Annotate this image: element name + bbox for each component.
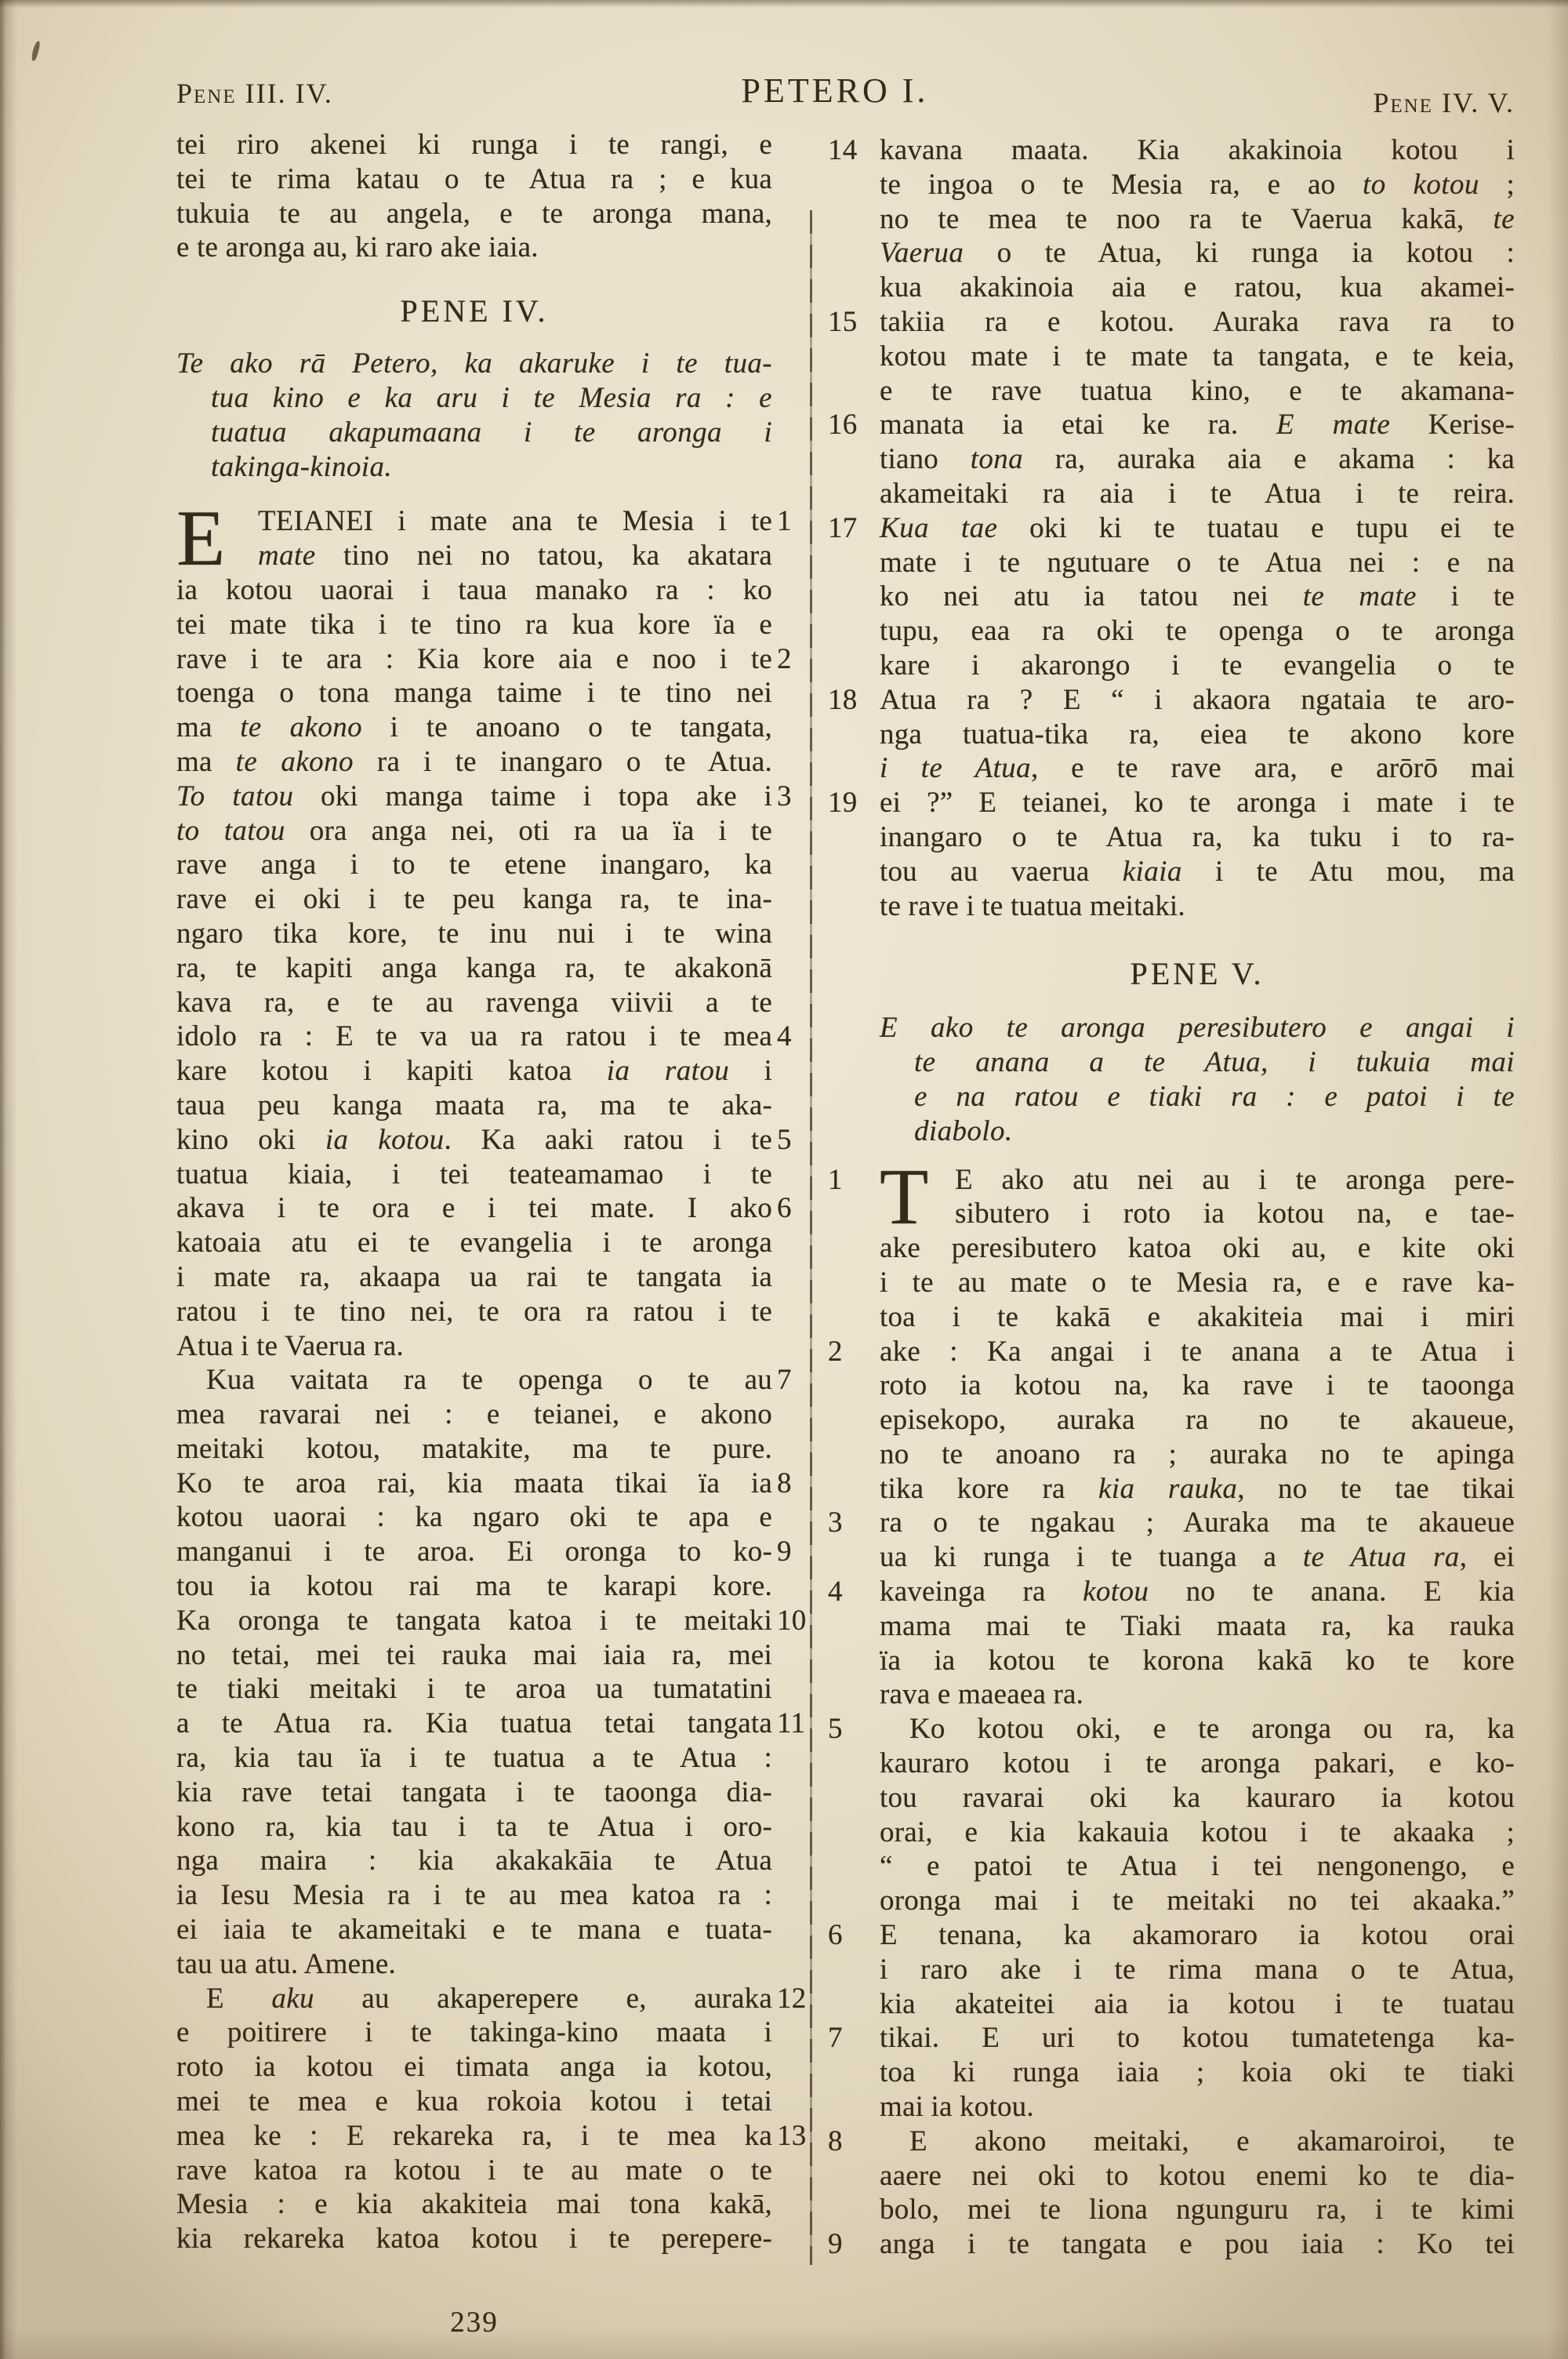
text-line: kua akakinoia aia e ratou, kua akamei-: [880, 271, 1515, 305]
text-line: nga maira : kia akakakāia te Atua: [176, 1844, 772, 1878]
roman-text: i te Atu mou, ma: [1182, 856, 1515, 888]
running-head-right: Pene IV. V.: [1254, 86, 1515, 119]
roman-text: tei mate tika i te tino ra kua kore ïa e: [176, 609, 772, 641]
left-text-column: tei riro akenei ki runga i te rangi, ete…: [176, 128, 772, 2256]
text-line: ia Iesu Mesia ra i te au mea katoa ra :: [176, 1878, 772, 1913]
text-line: TEIANEI i mate ana te Mesia i te1: [176, 504, 772, 539]
text-line: nga tuatua-tika ra, eiea te akono kore: [880, 718, 1515, 752]
roman-text: E ako atu nei au i te aronga pere-: [955, 1164, 1515, 1196]
roman-text: oki manga taime i topa ake i: [293, 780, 772, 812]
paragraph: ETEIANEI i mate ana te Mesia i te1mate t…: [176, 504, 772, 1363]
text-line: oronga mai i te meitaki no tei akaaka.”: [880, 1884, 1515, 1918]
roman-text: ra i te inangaro o te Atua.: [354, 746, 772, 778]
roman-text: ra o te ngakau ; Auraka ma te akaueue: [880, 1507, 1515, 1539]
verse-number: 5: [828, 1712, 867, 1747]
text-line: Te ako rā Petero, ka akaruke i te tua-: [176, 347, 772, 381]
verse-number: 4: [777, 1020, 813, 1054]
roman-text: roto ia kotou ei timata anga ia kotou,: [176, 2051, 772, 2083]
italic-text: To tatou: [176, 780, 293, 812]
roman-text: kia rave tetai tangata i te taoonga dia-: [176, 1776, 772, 1808]
text-line: te anana a te Atua, i tukuia mai: [880, 1045, 1515, 1080]
text-line: ma te akono i te anoano o te tangata,: [176, 711, 772, 745]
italic-text: te Atua ra: [1303, 1541, 1460, 1573]
roman-text: Ko te aroa rai, kia maata tikai ïa ia: [176, 1467, 772, 1499]
text-line: meitaki kotou, matakite, ma te pure.: [176, 1432, 772, 1467]
text-line: ra, kia tau ïa i te tuatua a te Atua :: [176, 1741, 772, 1776]
text-line: kia rekareka katoa kotou i te perepere-: [176, 2222, 772, 2256]
verse-number: 2: [828, 1335, 867, 1369]
roman-text: inangaro o te Atua ra, ka tuku i to ra-: [880, 821, 1515, 853]
roman-text: idolo ra : E te va ua ra ratou i te mea: [176, 1020, 772, 1052]
roman-text: e poitirere i te takinga-kino maata i: [176, 2016, 772, 2048]
text-line: tiano tona ra, auraka aia e akama : ka: [880, 442, 1515, 477]
roman-text: tupu, eaa ra oki te openga o te aronga: [880, 615, 1515, 647]
text-line: roto ia kotou ei timata anga ia kotou,: [176, 2050, 772, 2085]
verse-number: 9: [828, 2227, 867, 2262]
roman-text: te rave i te tuatua meitaki.: [880, 890, 1185, 922]
verse-number: 9: [777, 1535, 813, 1569]
text-line: mama mai te Tiaki maata ra, ka rauka: [880, 1609, 1515, 1644]
verse-number: 1: [828, 1163, 867, 1198]
chapter-summary: E ako te aronga peresibutero e angai ite…: [880, 1011, 1515, 1148]
roman-text: tei riro akenei ki runga i te rangi, e: [176, 129, 772, 161]
text-line: kia rave tetai tangata i te taoonga dia-: [176, 1776, 772, 1810]
chapter-heading: PENE IV.: [176, 293, 772, 329]
roman-text: tou au vaerua: [880, 856, 1123, 888]
verse-number: 8: [828, 2125, 867, 2159]
text-line: kare kotou i kapiti katoa ia ratou i: [176, 1054, 772, 1089]
roman-text: kino oki: [176, 1124, 325, 1156]
roman-text: mate i te ngutuare o te Atua nei : e na: [880, 547, 1515, 579]
stray-ink-mark: [31, 41, 41, 62]
roman-text: kavana maata. Kia akakinoia kotou i: [880, 134, 1515, 166]
roman-text: Ko kotou oki, e te aronga ou ra, ka: [909, 1713, 1515, 1745]
roman-text: i raro ake i te rima mana o te Atua,: [880, 1954, 1515, 1986]
chapter-heading: PENE V.: [880, 956, 1515, 992]
roman-text: takiia ra e kotou. Auraka rava ra to: [880, 306, 1515, 338]
roman-text: kia akateitei aia ia kotou i te tuatau: [880, 1988, 1515, 2020]
text-line: e te rave tuatua kino, e te akamana-: [880, 374, 1515, 409]
text-line: tikai. E uri to kotou tumatetenga ka-7: [880, 2021, 1515, 2055]
text-line: orai, e kia kakauia kotou i te akaaka ;: [880, 1816, 1515, 1850]
roman-text: kua akakinoia aia e ratou, kua akamei-: [880, 271, 1515, 304]
text-line: akameitaki ra aia i te Atua i te reira.: [880, 477, 1515, 511]
text-line: tupu, eaa ra oki te openga o te aronga: [880, 614, 1515, 649]
roman-text: i te anoano o te tangata,: [362, 711, 772, 743]
text-line: Atua ra ? E “ i akaora ngataia te aro-18: [880, 683, 1515, 718]
roman-text: toa i te kakā e akakiteia mai i miri: [880, 1301, 1515, 1333]
verse-number: 6: [828, 1918, 867, 1953]
verse-number: 15: [828, 305, 867, 340]
roman-text: ra, kia tau ïa i te tuatua a te Atua :: [176, 1742, 772, 1774]
roman-text: rave anga i to te etene inangaro, ka: [176, 849, 772, 881]
verse-number: 12: [777, 1982, 813, 2016]
roman-text: no te anana. E kia: [1149, 1576, 1515, 1608]
scanned-book-page: Pene III. IV. PETERO I. Pene IV. V. tei …: [0, 0, 1568, 2359]
text-line: bolo, mei te liona ngunguru ra, i te kim…: [880, 2193, 1515, 2227]
right-text-column: kavana maata. Kia akakinoia kotou i14te …: [880, 133, 1515, 2262]
text-line: mei te mea e kua rokoia kotou i tetai: [176, 2085, 772, 2119]
verse-number: 3: [828, 1506, 867, 1540]
paragraph: TE ako atu nei au i te aronga pere-1sibu…: [880, 1163, 1515, 1713]
paragraph: tei riro akenei ki runga i te rangi, ete…: [176, 128, 772, 265]
text-line: Mesia : e kia akakiteia mai tona kakā,: [176, 2187, 772, 2222]
text-line: rave i te ara : Kia kore aia e noo i te2: [176, 642, 772, 677]
italic-text: ia ratou: [607, 1055, 729, 1087]
roman-text: a te Atua ra. Kia tuatua tetai tangata: [176, 1707, 772, 1739]
roman-text: i mate ra, akaapa ua rai te tangata ia: [176, 1261, 772, 1293]
text-line: kino oki ia kotou. Ka aaki ratou i te5: [176, 1123, 772, 1158]
text-line: mea ke : E rekareka ra, i te mea ka13: [176, 2119, 772, 2154]
text-line: episekopo, auraka ra no te akaueue,: [880, 1403, 1515, 1438]
roman-text: tuatua akapumaana i te aronga i: [211, 416, 772, 449]
text-line: kotou mate i te mate ta tangata, e te ke…: [880, 340, 1515, 374]
text-line: takiia ra e kotou. Auraka rava ra to15: [880, 305, 1515, 340]
text-line: ake : Ka angai i te anana a te Atua i2: [880, 1335, 1515, 1369]
roman-text: kare i akarongo i te evangelia o te: [880, 649, 1515, 682]
text-line: tou ia kotou rai ma te karapi kore.: [176, 1569, 772, 1604]
roman-text: ;: [1479, 169, 1515, 201]
text-line: takinga-kinoia.: [176, 450, 772, 485]
text-line: ra, te kapiti anga kanga ra, te akakonā: [176, 951, 772, 986]
roman-text: kono ra, kia tau i ta te Atua i oro-: [176, 1811, 772, 1843]
roman-text: nga maira : kia akakakāia te Atua: [176, 1845, 772, 1877]
roman-text: ma: [176, 746, 236, 778]
roman-text: no tetai, mei tei rauka mai iaia ra, mei: [176, 1639, 772, 1671]
text-line: mate tino nei no tatou, ka akatara: [176, 539, 772, 573]
roman-text: ïa ia kotou te korona kakā ko te kore: [880, 1645, 1515, 1677]
text-line: Ko kotou oki, e te aronga ou ra, ka5: [880, 1712, 1515, 1747]
text-line: Kua tae oki ki te tuatau e tupu ei te17: [880, 511, 1515, 546]
paragraph: E aku au akaperepere e, auraka12e poitir…: [176, 1982, 772, 2256]
text-line: kono ra, kia tau i ta te Atua i oro-: [176, 1810, 772, 1845]
roman-text: tei te rima katau o te Atua ra ; e kua: [176, 163, 772, 195]
text-line: Kua vaitata ra te openga o te au7: [176, 1363, 772, 1398]
text-line: tei mate tika i te tino ra kua kore ïa e: [176, 608, 772, 642]
verse-number: 7: [777, 1363, 813, 1398]
roman-text: orai, e kia kakauia kotou i te akaaka ;: [880, 1816, 1515, 1848]
roman-text: tou ravarai oki ka kauraro ia kotou: [880, 1782, 1515, 1814]
roman-text: Atua i te Vaerua ra.: [176, 1330, 404, 1362]
text-line: sibutero i roto ia kotou na, e tae-: [880, 1197, 1515, 1231]
text-line: ei iaia te akameitaki e te mana e tuata-: [176, 1913, 772, 1947]
roman-text: te anana a te Atua, i tukuia mai: [914, 1046, 1515, 1078]
verse-number: 16: [828, 408, 867, 442]
roman-text: ake : Ka angai i te anana a te Atua i: [880, 1336, 1515, 1368]
verse-number: 3: [777, 780, 813, 814]
roman-text: sibutero i roto ia kotou na, e tae-: [955, 1198, 1515, 1230]
roman-text: roto ia kotou na, ka rave i te taoonga: [880, 1369, 1515, 1401]
roman-text: toa ki runga iaia ; koia oki te tiaki: [880, 2056, 1515, 2088]
text-line: E tenana, ka akamoraro ia kotou orai6: [880, 1918, 1515, 1953]
text-line: te rave i te tuatua meitaki.: [880, 889, 1515, 924]
italic-text: Vaerua: [880, 237, 964, 269]
text-line: “ e patoi te Atua i tei nengonengo, e: [880, 1849, 1515, 1884]
roman-text: i: [729, 1055, 772, 1087]
roman-text: ua ki runga i te tuanga a: [880, 1541, 1303, 1573]
italic-text: te mate: [1303, 580, 1417, 612]
roman-text: E akono meitaki, e akamaroiroi, te: [909, 2125, 1515, 2157]
text-line: tei te rima katau o te Atua ra ; e kua: [176, 162, 772, 197]
italic-text: ia kotou: [325, 1124, 445, 1156]
roman-text: oronga mai i te meitaki no tei akaaka.”: [880, 1885, 1515, 1917]
italic-text: te akono: [240, 711, 362, 743]
text-line: tukuia te au angela, e te aronga mana,: [176, 197, 772, 231]
roman-text: kia rekareka katoa kotou i te perepere-: [176, 2223, 772, 2255]
text-line: tika kore ra kia rauka, no te tae tikai: [880, 1472, 1515, 1507]
roman-text: Kua vaitata ra te openga o te au: [206, 1364, 772, 1396]
roman-text: o te Atua, ki runga ia kotou :: [964, 237, 1515, 269]
verse-number: 19: [828, 786, 867, 820]
roman-text: kotou mate i te mate ta tangata, e te ke…: [880, 340, 1515, 373]
roman-text: Te ako rā Petero, ka akaruke i te tua-: [176, 347, 772, 380]
roman-text: kaveinga ra: [880, 1576, 1083, 1608]
text-line: kaveinga ra kotou no te anana. E kia4: [880, 1575, 1515, 1609]
italic-text: te akono: [236, 746, 354, 778]
verse-number: 6: [777, 1191, 813, 1226]
text-line: toenga o tona manga taime i te tino nei: [176, 676, 772, 711]
text-line: rave katoa ra kotou i te au mate o te: [176, 2154, 772, 2188]
italic-text: to kotou: [1363, 169, 1479, 201]
text-line: E aku au akaperepere e, auraka12: [176, 1982, 772, 2016]
text-line: toa i te kakā e akakiteia mai i miri: [880, 1300, 1515, 1335]
text-line: kava ra, e te au ravenga viivii a te: [176, 986, 772, 1020]
roman-text: mai ia kotou.: [880, 2091, 1034, 2123]
text-line: E ako atu nei au i te aronga pere-1: [880, 1163, 1515, 1198]
roman-text: tiano: [880, 443, 971, 475]
roman-text: kauraro kotou i te aronga pakari, e ko-: [880, 1747, 1515, 1779]
text-line: i raro ake i te rima mana o te Atua,: [880, 1953, 1515, 1987]
roman-text: E ako te aronga peresibutero e angai i: [880, 1012, 1515, 1044]
roman-text: manganui i te aroa. Ei oronga to ko-: [176, 1536, 772, 1568]
verse-number: 1: [777, 504, 813, 539]
text-line: inangaro o te Atua ra, ka tuku i to ra-: [880, 820, 1515, 855]
italic-text: kotou: [1083, 1576, 1149, 1608]
verse-number: 11: [777, 1707, 813, 1741]
text-line: ko nei atu ia tatou nei te mate i te: [880, 580, 1515, 614]
text-line: aaere nei oki to kotou enemi ko te dia-: [880, 2159, 1515, 2194]
roman-text: au akaperepere e, auraka: [314, 1983, 772, 2015]
text-line: no te mea te noo ra te Vaerua kakā, te: [880, 202, 1515, 237]
text-line: kauraro kotou i te aronga pakari, e ko-: [880, 1747, 1515, 1781]
italic-text: E mate: [1276, 409, 1390, 441]
roman-text: tukuia te au angela, e te aronga mana,: [176, 198, 772, 230]
text-line: i mate ra, akaapa ua rai te tangata ia: [176, 1260, 772, 1295]
roman-text: diabolo.: [914, 1115, 1013, 1147]
italic-text: tona: [971, 443, 1023, 475]
text-line: taua peu kanga maata ra, ma te aka-: [176, 1089, 772, 1123]
verse-number: 4: [828, 1575, 867, 1609]
roman-text: Atua ra ? E “ i akaora ngataia te aro-: [880, 684, 1515, 716]
roman-text: rave ei oki i te peu kanga ra, te ina-: [176, 883, 772, 915]
text-line: E ako te aronga peresibutero e angai i: [880, 1011, 1515, 1045]
roman-text: , no te tae tikai: [1237, 1473, 1515, 1505]
roman-text: manata ia etai ke ra.: [880, 409, 1276, 441]
roman-text: rave katoa ra kotou i te au mate o te: [176, 2154, 772, 2186]
roman-text: anga i te tangata e pou iaia : Ko tei: [880, 2228, 1515, 2260]
text-line: tuatua akapumaana i te aronga i: [176, 416, 772, 450]
text-line: roto ia kotou na, ka rave i te taoonga: [880, 1369, 1515, 1403]
roman-text: ngaro tika kore, te inu nui i te wina: [176, 918, 772, 950]
verse-number: 13: [777, 2119, 813, 2154]
roman-text: mea ravarai nei : e teianei, e akono: [176, 1398, 772, 1430]
text-line: toa ki runga iaia ; koia oki te tiaki: [880, 2055, 1515, 2090]
italic-text: i te Atua: [880, 752, 1031, 784]
verse-number: 18: [828, 683, 867, 718]
text-line: no tetai, mei tei rauka mai iaia ra, mei: [176, 1638, 772, 1673]
text-line: a te Atua ra. Kia tuatua tetai tangata11: [176, 1707, 772, 1741]
text-line: e te aronga au, ki raro ake iaia.: [176, 231, 772, 265]
text-line: ngaro tika kore, te inu nui i te wina: [176, 917, 772, 951]
roman-text: TEIANEI i mate ana te Mesia i te: [258, 505, 772, 537]
text-line: rave anga i to te etene inangaro, ka: [176, 848, 772, 882]
text-line: i te Atua, e te rave ara, e arōrō mai: [880, 751, 1515, 786]
text-line: mai ia kotou.: [880, 2090, 1515, 2125]
text-line: tou au vaerua kiaia i te Atu mou, ma: [880, 855, 1515, 889]
roman-text: te tiaki meitaki i te aroa ua tumatatini: [176, 1673, 772, 1705]
text-line: to tatou ora anga nei, oti ra ua ïa i te: [176, 814, 772, 849]
roman-text: ei ?” E teianei, ko te aronga i mate i t…: [880, 787, 1515, 819]
text-line: tau ua atu. Amene.: [176, 1947, 772, 1982]
text-line: ei ?” E teianei, ko te aronga i mate i t…: [880, 786, 1515, 820]
text-line: ra o te ngakau ; Auraka ma te akaueue3: [880, 1506, 1515, 1540]
roman-text: no te anoano ra ; auraka no te apinga: [880, 1438, 1515, 1470]
roman-text: tika kore ra: [880, 1473, 1098, 1505]
text-line: e na ratou e tiaki ra : e patoi i te: [880, 1080, 1515, 1114]
roman-text: “ e patoi te Atua i tei nengonengo, e: [880, 1850, 1515, 1882]
roman-text: no te mea te noo ra te Vaerua kakā,: [880, 203, 1493, 235]
verse-number: 14: [828, 133, 867, 168]
roman-text: ia kotou uaorai i taua manako ra : ko: [176, 574, 772, 606]
roman-text: ia Iesu Mesia ra i te au mea katoa ra :: [176, 1879, 772, 1911]
roman-text: Ka oronga te tangata katoa i te meitaki: [176, 1605, 772, 1637]
roman-text: aaere nei oki to kotou enemi ko te dia-: [880, 2160, 1515, 2192]
paragraph: Ko kotou oki, e te aronga ou ra, ka5kaur…: [880, 1712, 1515, 2125]
italic-text: kia rauka: [1098, 1473, 1237, 1505]
roman-text: e na ratou e tiaki ra : e patoi i te: [914, 1081, 1515, 1113]
roman-text: tikai. E uri to kotou tumatetenga ka-: [880, 2022, 1515, 2054]
roman-text: toenga o tona manga taime i te tino nei: [176, 677, 772, 709]
text-line: i te au mate o te Mesia ra, e e rave ka-: [880, 1266, 1515, 1300]
roman-text: tino nei no tatou, ka akatara: [316, 540, 772, 572]
text-line: ïa ia kotou te korona kakā ko te kore: [880, 1644, 1515, 1678]
text-line: Vaerua o te Atua, ki runga ia kotou :: [880, 236, 1515, 271]
roman-text: meitaki kotou, matakite, ma te pure.: [176, 1433, 772, 1465]
roman-text: mei te mea e kua rokoia kotou i tetai: [176, 2085, 772, 2117]
roman-text: tuatua kiaia, i tei teateamamao i te: [176, 1158, 772, 1190]
roman-text: akameitaki ra aia i te Atua i te reira.: [880, 478, 1515, 510]
text-line: mea ravarai nei : e teianei, e akono: [176, 1398, 772, 1432]
text-line: tei riro akenei ki runga i te rangi, e: [176, 128, 772, 162]
roman-text: ra, te kapiti anga kanga ra, te akakonā: [176, 952, 772, 984]
text-line: manganui i te aroa. Ei oronga to ko-9: [176, 1535, 772, 1569]
paragraph: kavana maata. Kia akakinoia kotou i14te …: [880, 133, 1515, 923]
roman-text: E tenana, ka akamoraro ia kotou orai: [880, 1919, 1515, 1951]
roman-text: taua peu kanga maata ra, ma te aka-: [176, 1089, 772, 1121]
text-line: tuatua kiaia, i tei teateamamao i te: [176, 1158, 772, 1192]
roman-text: rava e maeaea ra.: [880, 1678, 1083, 1710]
running-head-title: PETERO I.: [647, 71, 1023, 111]
roman-text: rave i te ara : Kia kore aia e noo i te: [176, 643, 772, 675]
roman-text: , ei: [1460, 1541, 1515, 1573]
roman-text: tau ua atu. Amene.: [176, 1948, 396, 1980]
text-line: Ko te aroa rai, kia maata tikai ïa ia8: [176, 1467, 772, 1501]
roman-text: Kerise-: [1390, 409, 1515, 441]
roman-text: kare kotou i kapiti katoa: [176, 1055, 607, 1087]
text-line: Atua i te Vaerua ra.: [176, 1329, 772, 1364]
roman-text: episekopo, auraka ra no te akaueue,: [880, 1404, 1515, 1436]
roman-text: takinga-kinoia.: [211, 451, 392, 483]
text-line: kotou uaorai : ka ngaro oki te apa e: [176, 1500, 772, 1535]
paragraph: E akono meitaki, e akamaroiroi, te8aaere…: [880, 2125, 1515, 2262]
page-number: 239: [176, 2306, 772, 2339]
roman-text: e te aronga au, ki raro ake iaia.: [176, 231, 539, 264]
text-line: tua kino e ka aru i te Mesia ra : e: [176, 381, 772, 416]
text-line: rava e maeaea ra.: [880, 1677, 1515, 1712]
text-line: ia kotou uaorai i taua manako ra : ko: [176, 573, 772, 608]
chapter-summary: Te ako rā Petero, ka akaruke i te tua-tu…: [176, 347, 772, 484]
text-line: e poitirere i te takinga-kino maata i: [176, 2016, 772, 2050]
roman-text: akava i te ora e i tei mate. I ako: [176, 1192, 772, 1224]
text-line: no te anoano ra ; auraka no te apinga: [880, 1438, 1515, 1472]
roman-text: oki ki te tuatau e tupu ei te: [997, 512, 1515, 544]
verse-number: 7: [828, 2021, 867, 2055]
text-line: idolo ra : E te va ua ra ratou i te mea4: [176, 1020, 772, 1054]
text-line: ratou i te tino nei, te ora ra ratou i t…: [176, 1295, 772, 1329]
roman-text: kotou uaorai : ka ngaro oki te apa e: [176, 1501, 772, 1533]
text-line: To tatou oki manga taime i topa ake i3: [176, 780, 772, 814]
text-line: kia akateitei aia ia kotou i te tuatau: [880, 1987, 1515, 2022]
italic-text: Kua tae: [880, 512, 997, 544]
italic-text: te: [1493, 203, 1515, 235]
roman-text: , e te rave ara, e arōrō mai: [1031, 752, 1515, 784]
roman-text: ratou i te tino nei, te ora ra ratou i t…: [176, 1296, 772, 1328]
text-line: manata ia etai ke ra. E mate Kerise-16: [880, 408, 1515, 442]
verse-number: 2: [777, 642, 813, 677]
roman-text: ei iaia te akameitaki e te mana e tuata-: [176, 1914, 772, 1946]
text-line: diabolo.: [880, 1114, 1515, 1149]
text-line: kavana maata. Kia akakinoia kotou i14: [880, 133, 1515, 168]
text-line: mate i te ngutuare o te Atua nei : e na: [880, 546, 1515, 580]
text-line: E akono meitaki, e akamaroiroi, te8: [880, 2125, 1515, 2159]
verse-number: 10: [777, 1604, 813, 1638]
italic-text: mate: [258, 540, 316, 572]
roman-text: ake peresibutero katoa oki au, e kite ok…: [880, 1232, 1515, 1264]
text-line: katoaia atu ei te evangelia i te aronga: [176, 1226, 772, 1260]
roman-text: ko nei atu ia tatou nei: [880, 580, 1303, 612]
text-line: akava i te ora e i tei mate. I ako6: [176, 1191, 772, 1226]
roman-text: katoaia atu ei te evangelia i te aronga: [176, 1227, 772, 1259]
roman-text: i te: [1417, 580, 1515, 612]
text-line: tou ravarai oki ka kauraro ia kotou: [880, 1781, 1515, 1816]
roman-text: ma: [176, 711, 240, 743]
text-line: Ka oronga te tangata katoa i te meitaki1…: [176, 1604, 772, 1638]
roman-text: ra, auraka aia e akama : ka: [1023, 443, 1515, 475]
text-line: anga i te tangata e pou iaia : Ko tei9: [880, 2227, 1515, 2262]
text-line: ma te akono ra i te inangaro o te Atua.: [176, 745, 772, 780]
text-line: te ingoa o te Mesia ra, e ao to kotou ;: [880, 168, 1515, 202]
text-line: rave ei oki i te peu kanga ra, te ina-: [176, 882, 772, 917]
roman-text: Mesia : e kia akakiteia mai tona kakā,: [176, 2188, 772, 2220]
roman-text: mea ke : E rekareka ra, i te mea ka: [176, 2120, 772, 2152]
verse-number: 5: [777, 1123, 813, 1158]
roman-text: . Ka aaki ratou i te: [445, 1124, 772, 1156]
roman-text: i te au mate o te Mesia ra, e e rave ka-: [880, 1267, 1515, 1299]
roman-text: mama mai te Tiaki maata ra, ka rauka: [880, 1610, 1515, 1642]
roman-text: ora anga nei, oti ra ua ïa i te: [285, 815, 772, 847]
verse-number: 8: [777, 1467, 813, 1501]
paragraph: Kua vaitata ra te openga o te au7mea rav…: [176, 1363, 772, 1981]
